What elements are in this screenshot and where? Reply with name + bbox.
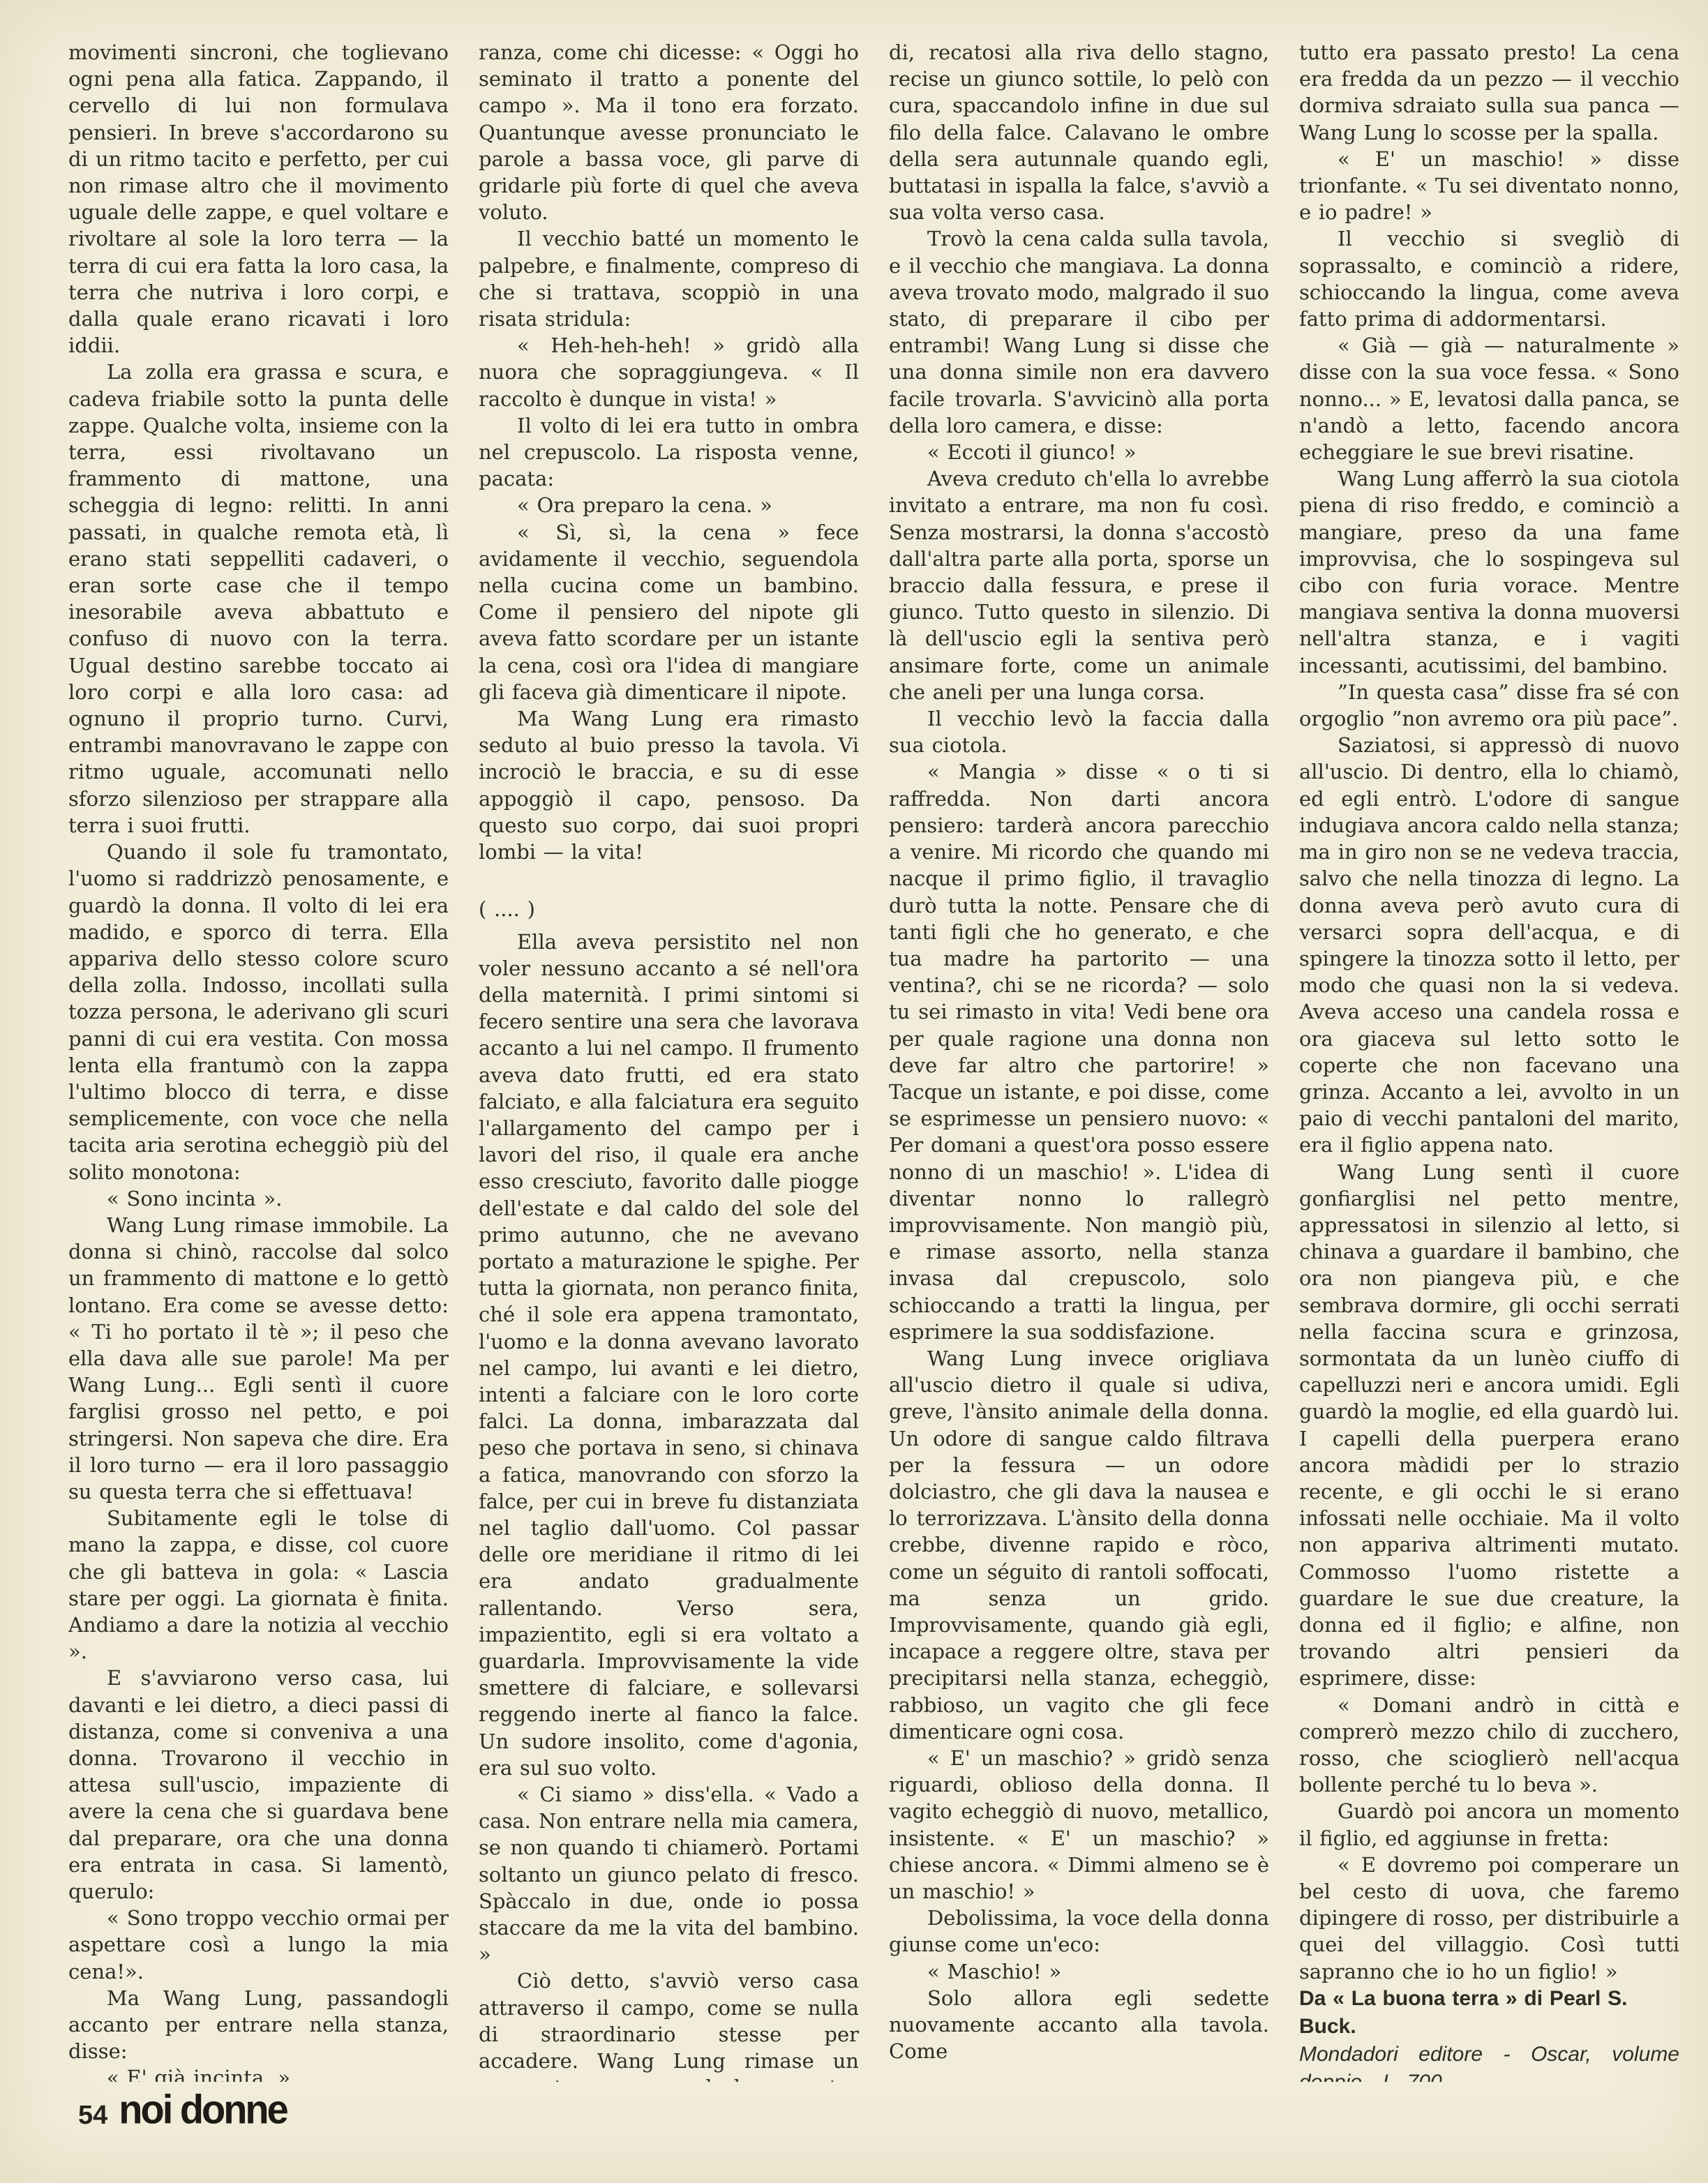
- paragraph: « E' già incinta. »: [68, 2064, 449, 2082]
- text-column-2: ranza, come chi dicesse: « Oggi ho semin…: [479, 39, 859, 2082]
- paragraph: Il vecchio si svegliò di soprassalto, e …: [1299, 225, 1679, 332]
- paragraph: « Heh-heh-heh! » gridò alla nuora che so…: [479, 332, 859, 412]
- paragraph: Ella aveva persistito nel non voler ness…: [479, 929, 859, 1782]
- paragraph: Il vecchio levò la faccia dalla sua ciot…: [889, 705, 1269, 758]
- page-footer: 54 noi donne: [78, 2087, 287, 2133]
- paragraph: Solo allora egli sedette nuovamente acca…: [889, 1985, 1269, 2065]
- paragraph: « Sono incinta ».: [68, 1185, 449, 1212]
- paragraph: Trovò la cena calda sulla tavola, e il v…: [889, 225, 1269, 439]
- paragraph: Wang Lung sentì il cuore gonfiarglisi ne…: [1299, 1159, 1679, 1692]
- paragraph: Guardò poi ancora un momento il figlio, …: [1299, 1798, 1679, 1851]
- paragraph: Il vecchio batté un momento le palpebre,…: [479, 225, 859, 332]
- paragraph: « Sono troppo vecchio ormai per aspettar…: [68, 1905, 449, 1985]
- paragraph: Subitamente egli le tolse di mano la zap…: [68, 1505, 449, 1665]
- paragraph: Wang Lung rimase immobile. La donna si c…: [68, 1212, 449, 1505]
- paragraph: tutto era passato presto! La cena era fr…: [1299, 39, 1679, 146]
- text-column-3: di, recatosi alla riva dello stagno, rec…: [889, 39, 1269, 2082]
- text-column-1: movimenti sincroni, che toglievano ogni …: [68, 39, 449, 2082]
- paragraph: Ma Wang Lung, passandogli accanto per en…: [68, 1985, 449, 2065]
- magazine-page: movimenti sincroni, che toglievano ogni …: [0, 0, 1708, 2183]
- paragraph: Quando il sole fu tramontato, l'uomo si …: [68, 839, 449, 1185]
- text-column-4: tutto era passato presto! La cena era fr…: [1299, 39, 1679, 2082]
- paragraph: « E dovremo poi comperare un bel cesto d…: [1299, 1852, 1679, 1985]
- attribution-source: Da « La buona terra » di Pearl S. Buck.: [1299, 1985, 1679, 2041]
- paragraph: Il volto di lei era tutto in ombra nel c…: [479, 412, 859, 493]
- paragraph: Saziatosi, si appressò di nuovo all'usci…: [1299, 732, 1679, 1158]
- paragraph: « Mangia » disse « o ti si raffredda. No…: [889, 758, 1269, 1344]
- paragraph: Wang Lung afferrò la sua ciotola piena d…: [1299, 465, 1679, 679]
- paragraph: Aveva creduto ch'ella lo avrebbe invitat…: [889, 465, 1269, 705]
- paragraph: « E' un maschio! » disse trionfante. « T…: [1299, 146, 1679, 226]
- paragraph: « Ora preparo la cena. »: [479, 492, 859, 518]
- paragraph: Debolissima, la voce della donna giunse …: [889, 1905, 1269, 1958]
- paragraph: La zolla era grassa e scura, e cadeva fr…: [68, 359, 449, 839]
- paragraph: Ciò detto, s'avviò verso casa attraverso…: [479, 1967, 859, 2082]
- magazine-logo: noi donne: [119, 2085, 287, 2133]
- paragraph: di, recatosi alla riva dello stagno, rec…: [889, 39, 1269, 225]
- paragraph: « Eccoti il giunco! »: [889, 439, 1269, 465]
- paragraph: Wang Lung invece origliava all'uscio die…: [889, 1345, 1269, 1745]
- paragraph: ranza, come chi dicesse: « Oggi ho semin…: [479, 39, 859, 225]
- paragraph: « Domani andrò in città e comprerò mezzo…: [1299, 1692, 1679, 1799]
- attribution-publisher: Mondadori editore - Oscar, volume doppio…: [1299, 2041, 1679, 2082]
- paragraph: « Maschio! »: [889, 1958, 1269, 1985]
- paragraph: « Sì, sì, la cena » fece avidamente il v…: [479, 519, 859, 705]
- paragraph: « Ci siamo » diss'ella. « Vado a casa. N…: [479, 1781, 859, 1967]
- paragraph: « E' un maschio? » gridò senza riguardi,…: [889, 1745, 1269, 1905]
- omission-mark: ( .... ): [479, 896, 859, 922]
- paragraph: Ma Wang Lung era rimasto seduto al buio …: [479, 705, 859, 865]
- paragraph: « Già — già — naturalmente » disse con l…: [1299, 332, 1679, 465]
- paragraph: E s'avviarono verso casa, lui davanti e …: [68, 1665, 449, 1905]
- paragraph: ”In questa casa” disse fra sé con orgogl…: [1299, 679, 1679, 732]
- page-number: 54: [78, 2101, 107, 2131]
- paragraph: movimenti sincroni, che toglievano ogni …: [68, 39, 449, 359]
